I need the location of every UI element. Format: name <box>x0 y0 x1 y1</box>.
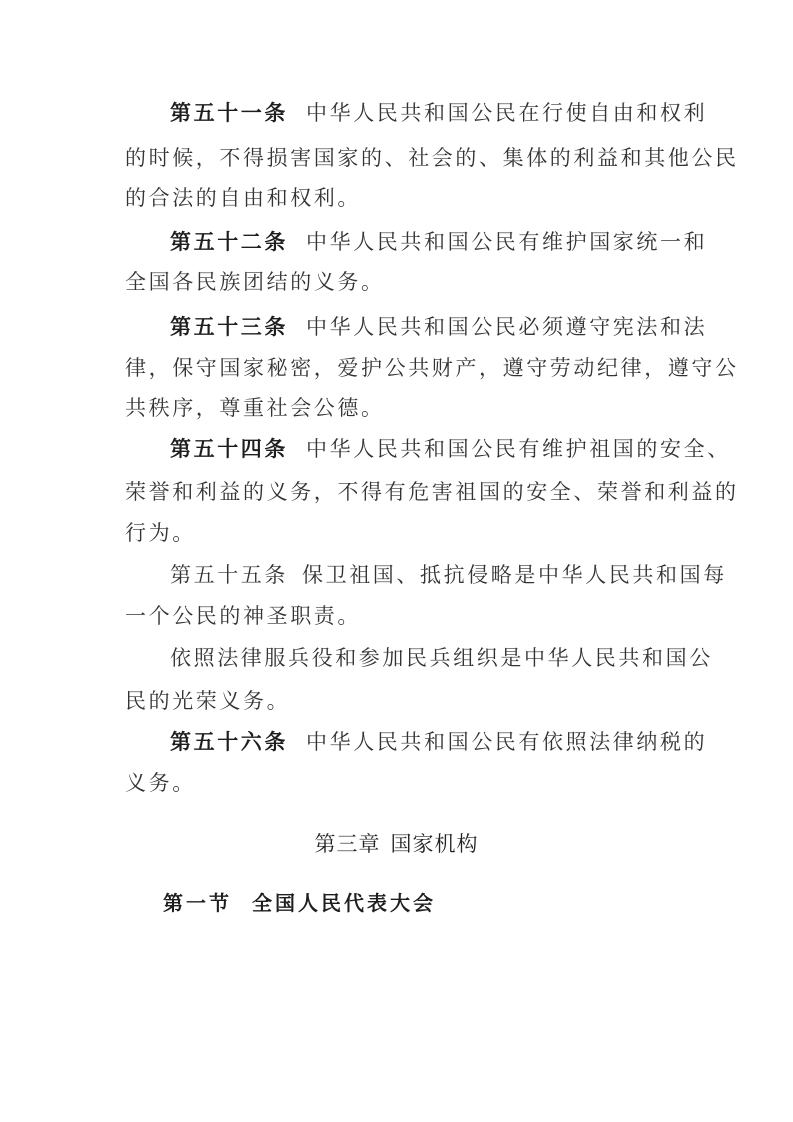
article-54-line-2: 荣誉和利益的义务，不得有危害祖国的安全、荣誉和利益的 <box>125 480 685 504</box>
article-56-line-2: 义务。 <box>125 771 685 795</box>
article-53-line-1: 第五十三条中华人民共和国公民必须遵守宪法和法 <box>170 315 730 339</box>
article-55-paragraph-2-line-1: 依照法律服兵役和参加民兵组织是中华人民共和国公 <box>170 646 730 670</box>
article-52-number: 第五十二条 <box>170 229 288 254</box>
section-heading: 第一节全国人民代表大会 <box>163 887 436 916</box>
article-55-paragraph-2-line-2: 民的光荣义务。 <box>125 689 685 713</box>
article-56-number: 第五十六条 <box>170 729 288 754</box>
chapter-heading: 第三章国家机构 <box>0 828 793 858</box>
section-title: 全国人民代表大会 <box>252 891 436 915</box>
article-53-line-3: 共秩序，尊重社会公德。 <box>125 396 685 420</box>
article-51-line-3: 的合法的自由和权利。 <box>125 186 685 210</box>
article-53-line-2: 律，保守国家秘密，爱护公共财产，遵守劳动纪律，遵守公 <box>125 356 685 380</box>
document-page: 第五十一条中华人民共和国公民在行使自由和权利 的时候，不得损害国家的、社会的、集… <box>0 0 793 1122</box>
chapter-title: 国家机构 <box>391 832 479 856</box>
article-51-line-1: 第五十一条中华人民共和国公民在行使自由和权利 <box>170 101 730 125</box>
section-number: 第一节 <box>163 891 232 915</box>
article-55-line-2: 一个公民的神圣职责。 <box>125 604 685 628</box>
article-53-number: 第五十三条 <box>170 314 288 339</box>
article-54-number: 第五十四条 <box>170 436 288 461</box>
article-55-line-1: 第五十五条保卫祖国、抵抗侵略是中华人民共和国每 <box>170 563 730 587</box>
article-54-line-3: 行为。 <box>125 521 685 545</box>
article-51-line-2: 的时候，不得损害国家的、社会的、集体的利益和其他公民 <box>125 146 685 170</box>
article-52-line-1: 第五十二条中华人民共和国公民有维护国家统一和 <box>170 230 730 254</box>
article-51-number: 第五十一条 <box>170 100 288 125</box>
chapter-number: 第三章 <box>315 832 381 856</box>
article-55-number: 第五十五条 <box>170 563 288 587</box>
article-52-line-2: 全国各民族团结的义务。 <box>125 270 685 294</box>
article-56-line-1: 第五十六条中华人民共和国公民有依照法律纳税的 <box>170 730 730 754</box>
article-54-line-1: 第五十四条中华人民共和国公民有维护祖国的安全、 <box>170 437 730 461</box>
